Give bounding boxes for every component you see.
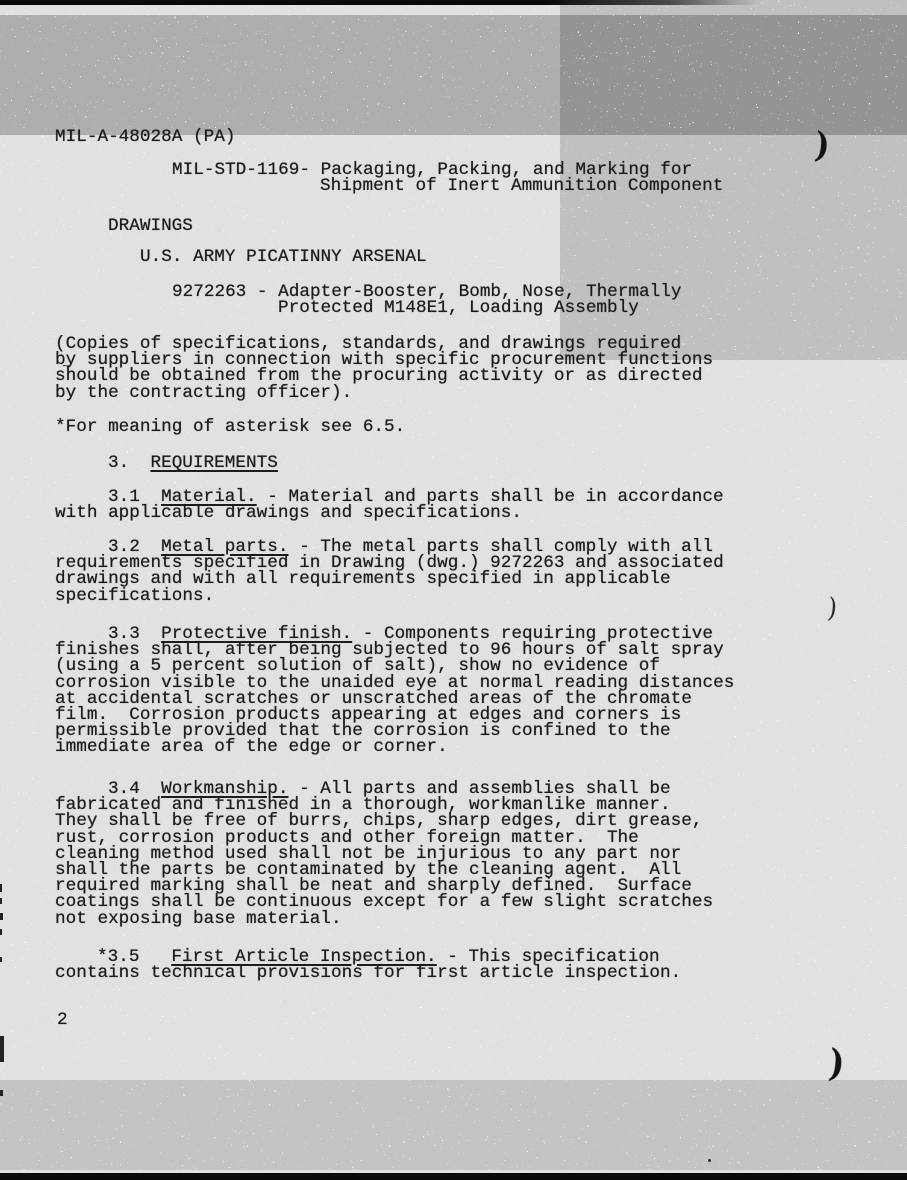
section-heading-line: 3. REQUIREMENTS <box>108 455 278 471</box>
reference-line: Shipment of Inert Ammunition Component <box>320 178 723 194</box>
section-number: 3. <box>108 453 150 473</box>
page-number: 2 <box>57 1012 68 1028</box>
scan-left-edge-tick <box>0 957 2 962</box>
copies-note-paragraph: (Copies of specifications, standards, an… <box>55 336 713 401</box>
drawings-heading: DRAWINGS <box>108 218 193 234</box>
scan-speck-dot <box>708 1159 711 1162</box>
scan-edge-top-bar <box>0 0 760 5</box>
section-paragraph-line: not exposing base material. <box>55 911 713 927</box>
section-paragraph-line: contains technical provisions for first … <box>55 965 681 981</box>
scanned-document-page: ) ) ) ~ MIL-A-48028A (PA) MIL-STD-1169- … <box>0 0 907 1180</box>
section-3-requirements-heading: 3. REQUIREMENTS <box>55 455 278 471</box>
section-title-underlined: REQUIREMENTS <box>150 453 277 473</box>
section-paragraph-line: immediate area of the edge or corner. <box>55 739 734 755</box>
asterisk-note-line: *For meaning of asterisk see 6.5. <box>55 419 405 435</box>
scan-edge-bottom-bar <box>0 1173 907 1180</box>
section-3-4-workmanship: 3.4 Workmanship. - All parts and assembl… <box>55 781 713 927</box>
scan-left-edge-tick <box>0 913 3 920</box>
scan-left-edge-tick <box>0 929 2 935</box>
spec-id: MIL-A-48028A (PA) <box>55 129 235 145</box>
section-3-3-protective-finish: 3.3 Protective finish. - Components requ… <box>55 626 734 756</box>
section-paragraph-line: with applicable drawings and specificati… <box>55 505 724 521</box>
asterisk-note: *For meaning of asterisk see 6.5. <box>55 419 405 435</box>
drawings-agency-label: U.S. ARMY PICATINNY ARSENAL <box>140 249 427 265</box>
drawings-heading-label: DRAWINGS <box>108 218 193 234</box>
scan-left-edge-tick <box>0 1090 3 1096</box>
section-3-1-material: 3.1 Material. - Material and parts shall… <box>55 489 724 521</box>
spec-id-header: MIL-A-48028A (PA) <box>55 129 235 145</box>
section-paragraph-line: specifications. <box>55 588 724 604</box>
scan-left-edge-tick <box>0 898 2 904</box>
drawing-item-9272263: 9272263 - Adapter-Booster, Bomb, Nose, T… <box>172 284 681 316</box>
drawings-agency: U.S. ARMY PICATINNY ARSENAL <box>140 249 427 265</box>
scan-left-edge-tick <box>0 884 2 892</box>
copies-note-line: by the contracting officer). <box>55 385 713 401</box>
reference-mil-std-1169: MIL-STD-1169- Packaging, Packing, and Ma… <box>172 162 723 194</box>
section-3-5-first-article-inspection: *3.5 First Article Inspection. - This sp… <box>55 949 681 981</box>
typewritten-text-layer: MIL-A-48028A (PA) MIL-STD-1169- Packagin… <box>0 0 907 1180</box>
section-3-2-metal-parts: 3.2 Metal parts. - The metal parts shall… <box>55 539 724 604</box>
scan-overstrike-mark: ~ <box>61 359 70 375</box>
scan-left-edge-blob <box>0 1036 4 1062</box>
drawing-item-line: Protected M148E1, Loading Assembly <box>278 300 681 316</box>
